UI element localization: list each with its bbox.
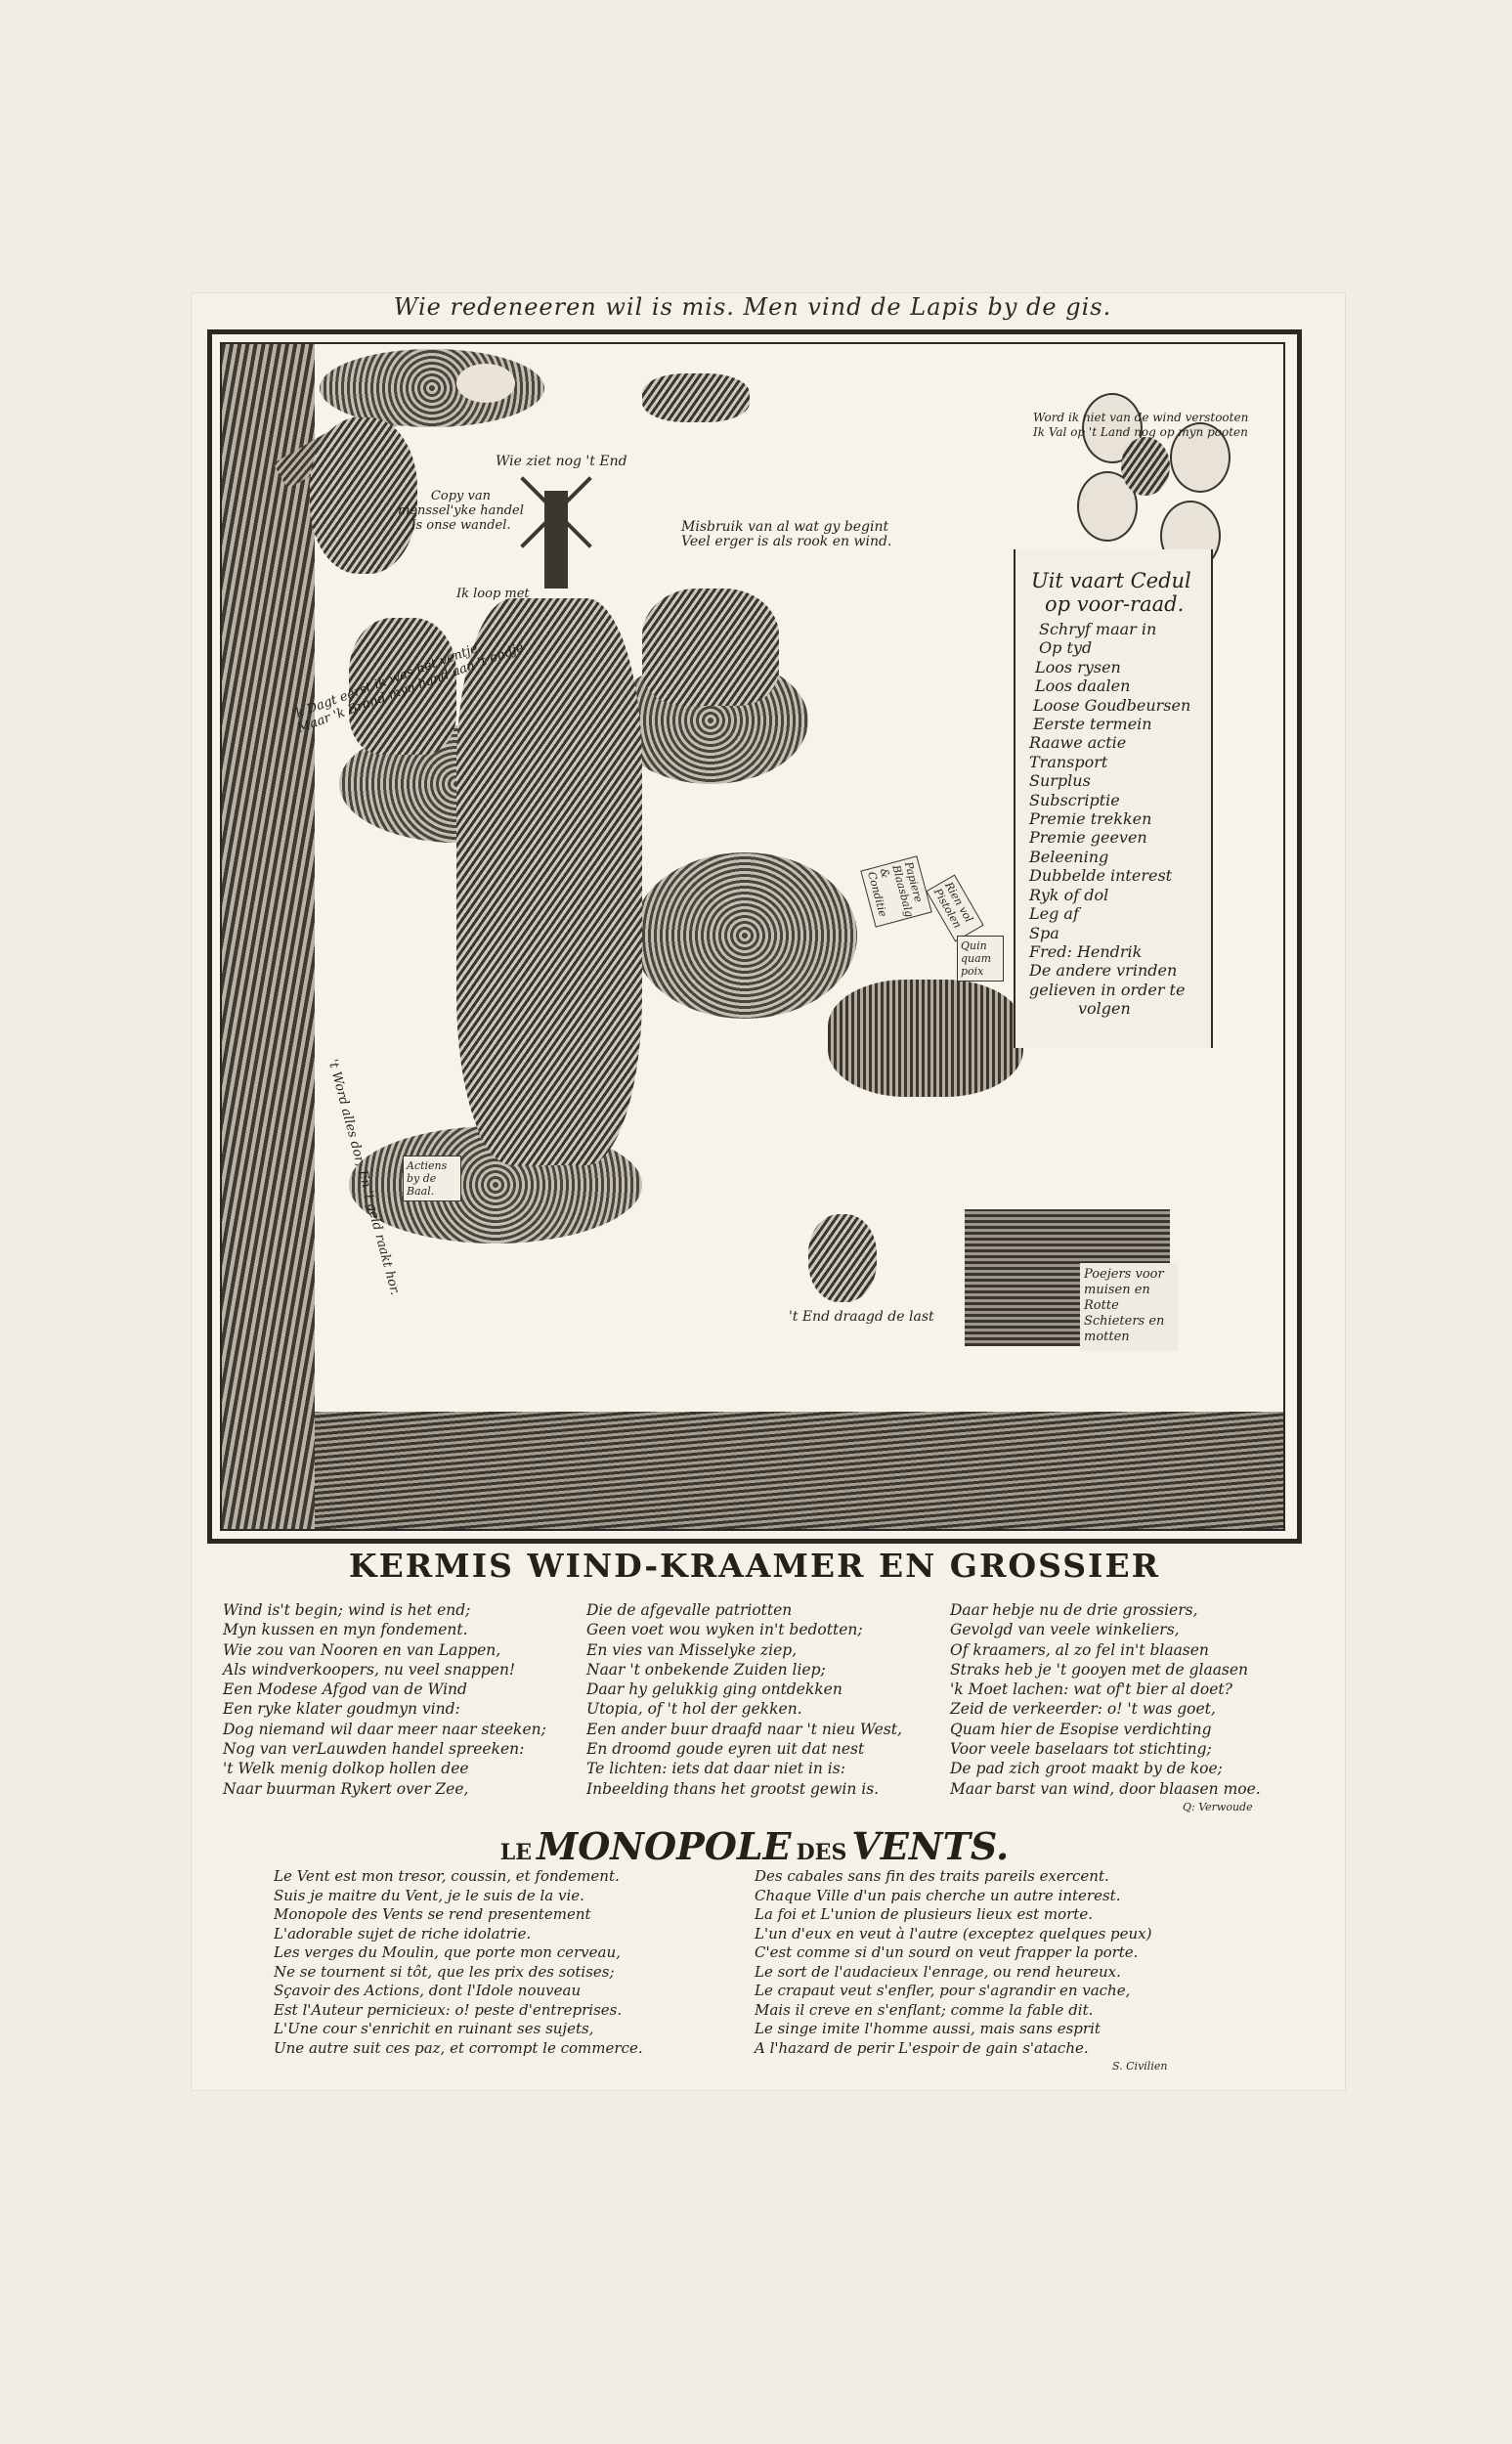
scroll-item: Leg af — [1029, 904, 1211, 923]
verse-line: Dog niemand wil daar meer naar steeken; — [223, 1720, 546, 1739]
verse-line: Gevolgd van veele winkeliers, — [950, 1620, 1261, 1639]
verse-line: Ne se tournent si tôt, que les prix des … — [274, 1963, 643, 1983]
verse-line: Daar hy gelukkig ging ontdekken — [586, 1680, 902, 1699]
dutch-verse-col-1: Wind is't begin; wind is het end; Myn ku… — [223, 1600, 546, 1799]
cloud-blowing — [632, 852, 857, 1019]
motto-inscription: Wie redeneeren wil is mis. Men vind de L… — [264, 293, 1241, 321]
dutch-verse-col-3: Daar hebje nu de drie grossiers, Gevolgd… — [950, 1600, 1261, 1799]
verse-line: Naar 't onbekende Zuiden liep; — [586, 1660, 902, 1680]
verse-line: Wind is't begin; wind is het end; — [223, 1600, 546, 1620]
dutch-signature: Q: Verwoude — [1183, 1801, 1253, 1813]
verse-line: Mais il creve en s'enflant; comme la fab… — [755, 2001, 1152, 2021]
verse-line: Inbeelding thans het grootst gewin is. — [586, 1779, 902, 1799]
verse-line: Le crapaut veut s'enfler, pour s'agrandi… — [755, 1982, 1152, 2001]
scroll-item: Beleening — [1029, 848, 1211, 866]
verse-line: Of kraamers, al zo fel in't blaasen — [950, 1640, 1261, 1660]
verse-line: Daar hebje nu de drie grossiers, — [950, 1600, 1261, 1620]
scroll-item: Eerste termein — [1029, 715, 1211, 733]
scroll-list: Schryf maar in Op tyd Loos rysen Loos da… — [1015, 620, 1211, 1019]
verse-line: Le Vent est mon tresor, coussin, et fond… — [274, 1867, 643, 1887]
verse-line: Utopia, of 't hol der gekken. — [586, 1699, 902, 1719]
verse-line: L'Une cour s'enrichit en ruinant ses suj… — [274, 2020, 643, 2039]
scroll-title: Uit vaart Cedul op voor-raad. — [1031, 569, 1211, 616]
scroll-item: Loos daalen — [1029, 676, 1211, 695]
verse-line: Chaque Ville d'un pais cherche un autre … — [755, 1887, 1152, 1906]
label-balloon-cat: Word ik niet van de wind verstooten Ik V… — [1033, 411, 1248, 440]
verse-line: Te lichten: iets dat daar niet in is: — [586, 1759, 902, 1778]
verse-line: Een ryke klater goudmyn vind: — [223, 1699, 546, 1719]
tree-trunk — [222, 344, 315, 1529]
verse-line: Die de afgevalle patriotten — [586, 1600, 902, 1620]
flying-bird — [642, 373, 750, 422]
scroll-item: Premie geeven — [1029, 828, 1211, 847]
scroll-item: volgen — [1029, 999, 1211, 1018]
verse-line: Zeid de verkeerder: o! 't was goet, — [950, 1699, 1261, 1719]
verse-line: Voor veele baselaars tot stichting; — [950, 1739, 1261, 1759]
verse-line: Straks heb je 't gooyen met de glaasen — [950, 1660, 1261, 1680]
figure-right-man — [642, 589, 779, 706]
scroll-item: De andere vrinden — [1029, 961, 1211, 980]
engraving-image: Poejers voor muisen en Rotte Schieters e… — [220, 342, 1285, 1531]
label-telescope: Wie ziet nog 't End — [496, 455, 627, 469]
print-sheet: { "motto": "Wie redeneeren wil is mis. M… — [0, 0, 1512, 2444]
verse-line: 't Welk menig dolkop hollen dee — [223, 1759, 546, 1778]
verse-line: Les verges du Moulin, que porte mon cerv… — [274, 1943, 643, 1963]
label-walking: Ik loop met — [456, 587, 530, 601]
dutch-verse-col-2: Die de afgevalle patriotten Geen voet wo… — [586, 1600, 902, 1799]
verse-line: Une autre suit ces paz, et corrompt le c… — [274, 2039, 643, 2059]
verse-line: C'est comme si d'un sourd on veut frappe… — [755, 1943, 1152, 1963]
wind-merchant-figure — [456, 598, 642, 1165]
scroll-item: Subscriptie — [1029, 791, 1211, 809]
windmill-hat — [544, 491, 568, 589]
verse-line: Een ander buur draafd naar 't nieu West, — [586, 1720, 902, 1739]
scroll-item: Loose Goudbeursen — [1029, 696, 1211, 715]
verse-line: L'un d'eux en veut à l'autre (exceptez q… — [755, 1925, 1152, 1944]
label-duck: 't End draagd de last — [789, 1310, 934, 1325]
verse-line: Suis je maitre du Vent, je le suis de la… — [274, 1887, 643, 1906]
verse-line: Le sort de l'audacieux l'enrage, ou rend… — [755, 1963, 1152, 1983]
verse-line: Geen voet wou wyken in't bedotten; — [586, 1620, 902, 1639]
verse-line: En droomd goude eyren uit dat nest — [586, 1739, 902, 1759]
scroll-item: Op tyd — [1029, 638, 1211, 657]
verse-line: Sçavoir des Actions, dont l'Idole nouvea… — [274, 1982, 643, 2001]
verse-line: Quam hier de Esopise verdichting — [950, 1720, 1261, 1739]
verse-line: Nog van verLauwden handel spreeken: — [223, 1739, 546, 1759]
verse-line: Een Modese Afgod van de Wind — [223, 1680, 546, 1699]
scroll-item: Spa — [1029, 924, 1211, 942]
actions-paper: Actiens by de Baal. — [403, 1156, 461, 1201]
verse-line: L'adorable sujet de riche idolatrie. — [274, 1925, 643, 1944]
verse-line: Est l'Auteur pernicieux: o! peste d'entr… — [274, 2001, 643, 2021]
scroll-item: gelieven in order te — [1029, 981, 1211, 999]
verse-line: La foi et L'union de plusieurs lieux est… — [755, 1905, 1152, 1925]
paper-2: Rien vol Pistolen — [926, 875, 983, 942]
french-title: LE MONOPOLE DES VENTS. — [207, 1824, 1302, 1868]
verse-line: Le singe imite l'homme aussi, mais sans … — [755, 2020, 1152, 2039]
dutch-title: KERMIS WIND-KRAAMER EN GROSSIER — [207, 1547, 1302, 1585]
scroll-item: Raawe actie — [1029, 733, 1211, 752]
french-verse-col-1: Le Vent est mon tresor, coussin, et fond… — [274, 1867, 643, 2058]
verse-line: Monopole des Vents se rend presentement — [274, 1905, 643, 1925]
french-verse-col-2: Des cabales sans fin des traits pareils … — [755, 1867, 1152, 2058]
french-signature: S. Civilien — [1112, 2060, 1167, 2073]
scroll-item: Schryf maar in — [1029, 620, 1211, 638]
scroll-item: Fred: Hendrik — [1029, 942, 1211, 961]
floating-cat — [1121, 437, 1170, 496]
verse-line: Naar buurman Rykert over Zee, — [223, 1779, 546, 1799]
chest-label: Poejers voor muisen en Rotte Schieters e… — [1080, 1263, 1178, 1351]
verse-line: 'k Moet lachen: wat of't bier al doet? — [950, 1680, 1261, 1699]
scroll-item: Surplus — [1029, 771, 1211, 790]
verse-line: Des cabales sans fin des traits pareils … — [755, 1867, 1152, 1887]
scroll-item: Ryk of dol — [1029, 886, 1211, 904]
verse-line: Als windverkoopers, nu veel snappen! — [223, 1660, 546, 1680]
scroll-item: Loos rysen — [1029, 658, 1211, 676]
ground-hatching — [222, 1412, 1283, 1529]
verse-line: De pad zich groot maakt by de koe; — [950, 1759, 1261, 1778]
verse-line: A l'hazard de perir L'espoir de gain s'a… — [755, 2039, 1152, 2059]
paper-3: Quin quam poix — [957, 936, 1004, 982]
verse-line: En vies van Misselyke ziep, — [586, 1640, 902, 1660]
label-monkey: Copy van menssel'yke handel Is onse wand… — [398, 489, 524, 533]
duck — [808, 1214, 877, 1302]
verse-line: Myn kussen en myn fondement. — [223, 1620, 546, 1639]
scroll-item: Premie trekken — [1029, 809, 1211, 828]
rat-poison-chest: Poejers voor muisen en Rotte Schieters e… — [965, 1209, 1170, 1346]
verse-line: Wie zou van Nooren en van Lappen, — [223, 1640, 546, 1660]
verse-line: Maar barst van wind, door blaasen moe. — [950, 1779, 1261, 1799]
wind-head-face — [456, 364, 515, 403]
engraving-frame: Poejers voor muisen en Rotte Schieters e… — [207, 329, 1302, 1544]
scroll-item: Transport — [1029, 753, 1211, 771]
scroll-item: Dubbelde interest — [1029, 866, 1211, 885]
label-cloud-verse: Misbruik van al wat gy begint Veel erger… — [681, 520, 891, 549]
uitvaart-scroll: Uit vaart Cedul op voor-raad. Schryf maa… — [1014, 549, 1213, 1048]
cow — [828, 980, 1023, 1097]
paper-1: Papiere Blaasbalg & Conditie — [860, 855, 931, 927]
